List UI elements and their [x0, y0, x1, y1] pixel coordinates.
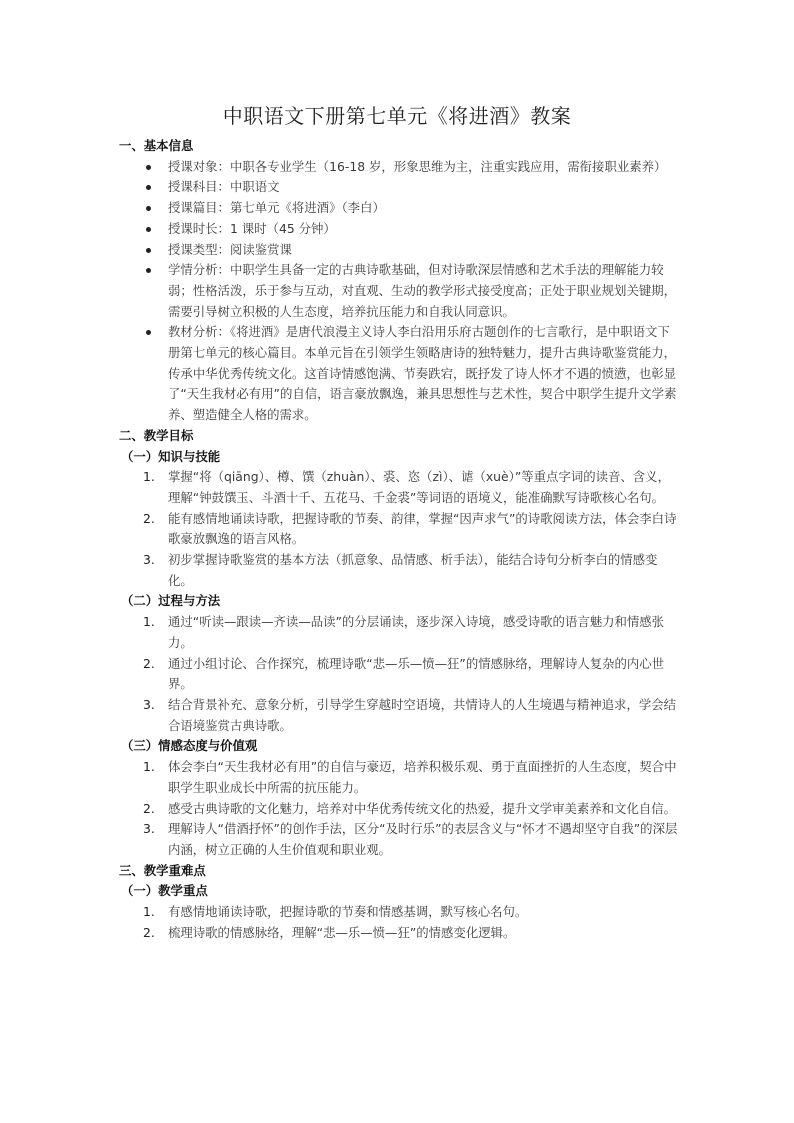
list-item: 授课科目：中职语文 — [119, 177, 679, 198]
subsection-heading-values: （三）情感态度与价值观 — [119, 736, 679, 757]
subsection-heading-process-methods: （二）过程与方法 — [119, 591, 679, 612]
item-number: 1. — [143, 902, 163, 923]
item-number: 1. — [143, 757, 163, 778]
item-number: 3. — [143, 550, 163, 571]
list-item: 2.能有感情地诵读诗歌，把握诗歌的节奏、韵律，掌握“因声求气”的诗歌阅读方法，体… — [119, 509, 679, 550]
section-heading-objectives: 二、教学目标 — [119, 426, 679, 447]
basic-info-list: 授课对象：中职各专业学生（16-18 岁，形象思维为主，注重实践应用，需衔接职业… — [119, 157, 679, 426]
item-number: 1. — [143, 612, 163, 633]
section-heading-basic-info: 一、基本信息 — [119, 136, 679, 157]
knowledge-skills-list: 1.掌握“将（qiāng）、樽、馔（zhuàn）、裘、恣（zì）、谑（xuè）”… — [119, 467, 679, 591]
section-heading-key-points: 三、教学重难点 — [119, 861, 679, 882]
list-item: 1.体会李白“天生我材必有用”的自信与豪迈，培养积极乐观、勇于直面挫折的人生态度… — [119, 757, 679, 798]
list-item: 3.结合背景补充、意象分析，引导学生穿越时空语境，共情诗人的人生境遇与精神追求，… — [119, 695, 679, 736]
teaching-focus-list: 1.有感情地诵读诗歌，把握诗歌的节奏和情感基调，默写核心名句。 2.梳理诗歌的情… — [119, 902, 679, 943]
list-item: 授课类型：阅读鉴赏课 — [119, 240, 679, 261]
process-methods-list: 1.通过“听读—跟读—齐读—品读”的分层诵读，逐步深入诗境，感受诗歌的语言魅力和… — [119, 612, 679, 736]
list-item: 授课对象：中职各专业学生（16-18 岁，形象思维为主，注重实践应用，需衔接职业… — [119, 157, 679, 178]
item-number: 2. — [143, 509, 163, 530]
bullet-icon — [146, 206, 151, 211]
list-item: 学情分析：中职学生具备一定的古典诗歌基础，但对诗歌深层情感和艺术手法的理解能力较… — [119, 260, 679, 322]
list-item: 1.掌握“将（qiāng）、樽、馔（zhuàn）、裘、恣（zì）、谑（xuè）”… — [119, 467, 679, 508]
bullet-icon — [146, 185, 151, 190]
bullet-icon — [146, 165, 151, 170]
list-item: 2.梳理诗歌的情感脉络，理解“悲—乐—愤—狂”的情感变化逻辑。 — [119, 923, 679, 944]
list-item: 1.通过“听读—跟读—齐读—品读”的分层诵读，逐步深入诗境，感受诗歌的语言魅力和… — [119, 612, 679, 653]
list-item: 3.初步掌握诗歌鉴赏的基本方法（抓意象、品情感、析手法），能结合诗句分析李白的情… — [119, 550, 679, 591]
item-number: 2. — [143, 654, 163, 675]
list-item: 授课篇目：第七单元《将进酒》（李白） — [119, 198, 679, 219]
bullet-icon — [146, 248, 151, 253]
list-item: 授课时长：1 课时（45 分钟） — [119, 219, 679, 240]
document-body: 一、基本信息 授课对象：中职各专业学生（16-18 岁，形象思维为主，注重实践应… — [119, 136, 679, 943]
item-number: 3. — [143, 695, 163, 716]
item-number: 3. — [143, 819, 163, 840]
item-number: 2. — [143, 923, 163, 944]
list-item: 2.感受古典诗歌的文化魅力，培养对中华优秀传统文化的热爱，提升文学审美素养和文化… — [119, 799, 679, 820]
bullet-icon — [146, 227, 151, 232]
list-item: 2.通过小组讨论、合作探究，梳理诗歌“悲—乐—愤—狂”的情感脉络，理解诗人复杂的… — [119, 654, 679, 695]
item-number: 2. — [143, 799, 163, 820]
list-item: 1.有感情地诵读诗歌，把握诗歌的节奏和情感基调，默写核心名句。 — [119, 902, 679, 923]
values-list: 1.体会李白“天生我材必有用”的自信与豪迈，培养积极乐观、勇于直面挫折的人生态度… — [119, 757, 679, 861]
document-title: 中职语文下册第七单元《将进酒》教案 — [0, 100, 794, 129]
list-item: 3.理解诗人“借酒抒怀”的创作手法，区分“及时行乐”的表层含义与“怀才不遇却坚守… — [119, 819, 679, 860]
subsection-heading-knowledge-skills: （一）知识与技能 — [119, 447, 679, 468]
bullet-icon — [146, 330, 151, 335]
document-page: 中职语文下册第七单元《将进酒》教案 一、基本信息 授课对象：中职各专业学生（16… — [0, 0, 794, 1123]
list-item: 教材分析：《将进酒》是唐代浪漫主义诗人李白沿用乐府古题创作的七言歌行，是中职语文… — [119, 322, 679, 426]
bullet-icon — [146, 268, 151, 273]
item-number: 1. — [143, 467, 163, 488]
subsection-heading-teaching-focus: （一）教学重点 — [119, 881, 679, 902]
